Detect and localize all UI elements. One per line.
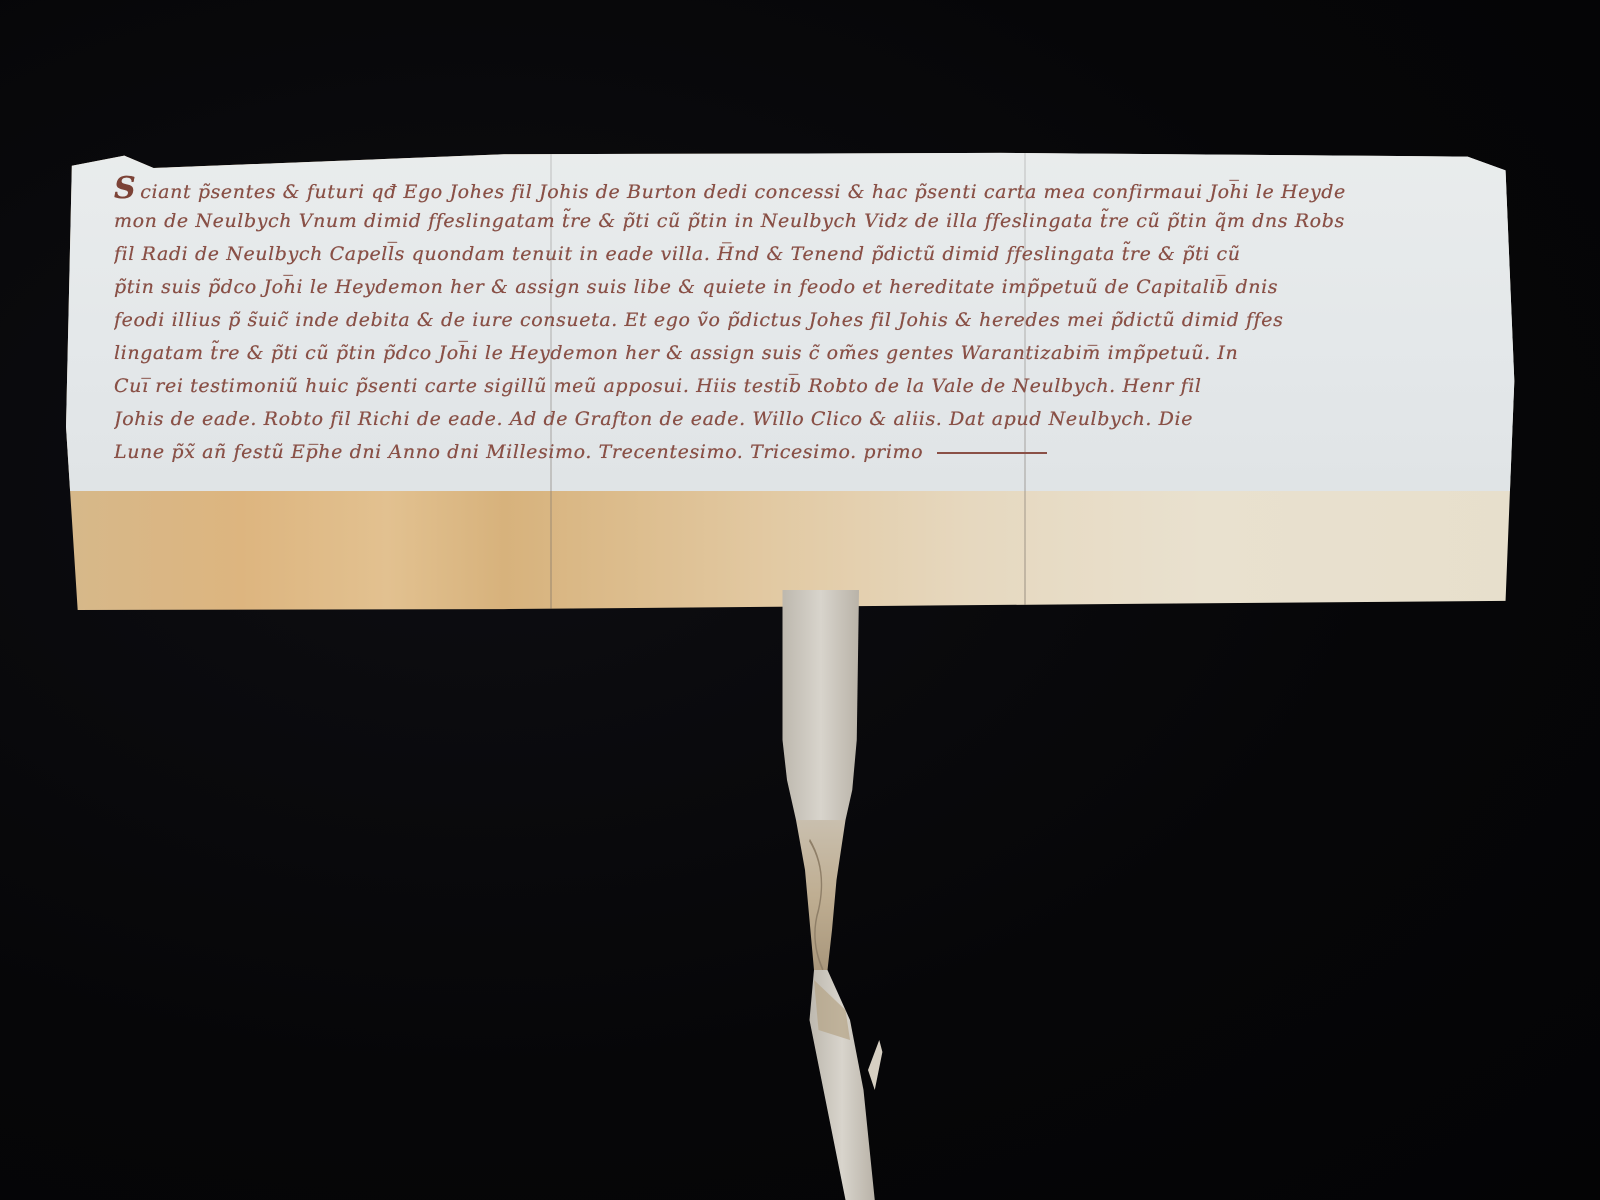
parchment-charter: Sciant p̃sentes & futuri qđ Ego Johes fi… <box>66 152 1526 610</box>
line-filler-stroke <box>937 452 1047 454</box>
decorated-initial: S <box>114 172 136 205</box>
text-line-6: lingatam t̃re & p̃ti cũ p̃tin p̃dco Joh… <box>114 337 1484 370</box>
text-line-3: fil Radi de Neulbych Capell̅s quondam te… <box>114 238 1484 271</box>
charter-text: Sciant p̃sentes & futuri qđ Ego Johes fi… <box>114 172 1484 469</box>
seal-tag-shape <box>778 590 868 1200</box>
seal-tag <box>778 590 868 1200</box>
text-line-1: Sciant p̃sentes & futuri qđ Ego Johes fi… <box>114 172 1484 205</box>
photo-background: Sciant p̃sentes & futuri qđ Ego Johes fi… <box>0 0 1600 1200</box>
text-line-9: Lune p̃x̃ añ festũ Ep̅he dni Anno dni … <box>114 436 1484 469</box>
text-line-4: p̃tin suis p̃dco Joh̅i le Heydemon her &… <box>114 271 1484 304</box>
text-line-7: Cui̅ rei testimoniũ huic p̃senti carte … <box>114 370 1484 403</box>
text-line-5: feodi illius p̃ s̃uic̃ inde debita & de … <box>114 304 1484 337</box>
text-line-2: mon de Neulbych Vnum dimid ffeslingatam … <box>114 205 1484 238</box>
text-line-8: Johis de eade. Robto fil Richi de eade. … <box>114 403 1484 436</box>
